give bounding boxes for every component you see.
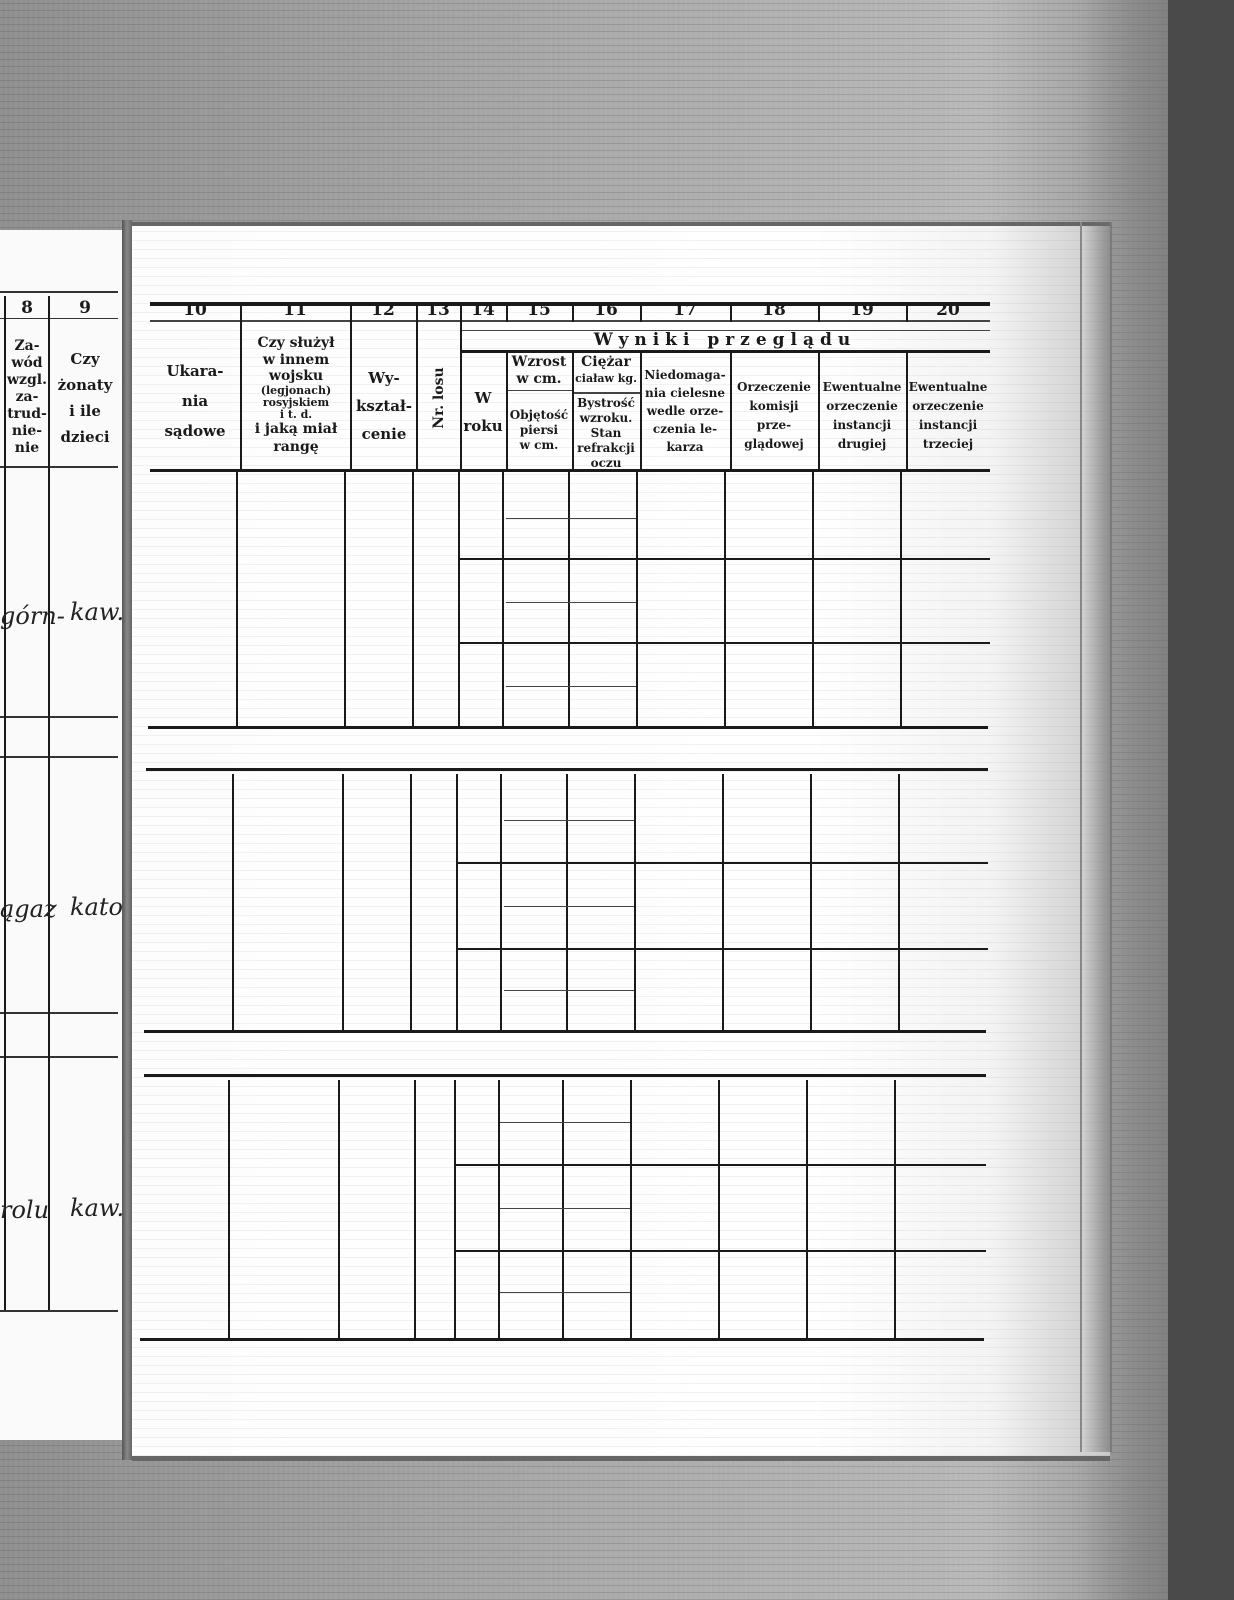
left-row3-top-rule — [0, 1056, 118, 1058]
row-col-divider — [458, 472, 460, 726]
left-row3-rule — [0, 1310, 118, 1312]
row-subdivider — [460, 642, 990, 644]
column-header-8: Za- wód wzgl. za- trud- nie- nie — [6, 338, 48, 457]
row-minor-line — [500, 1292, 630, 1293]
row-col-divider — [718, 1080, 720, 1338]
row-col-divider — [454, 1080, 456, 1338]
column-number-15: 15 — [506, 300, 572, 320]
row-col-divider — [228, 1080, 230, 1338]
column-header-10: Ukara- nia sądowe — [150, 356, 240, 446]
row-col-divider — [232, 774, 234, 1030]
row-bottom-rule — [148, 726, 988, 729]
row-col-divider — [412, 472, 414, 726]
number-divider — [818, 306, 820, 322]
row-minor-line — [506, 602, 636, 603]
row-col-divider — [410, 774, 412, 1030]
column-number-19: 19 — [818, 300, 906, 320]
row-col-divider — [562, 1080, 564, 1338]
row-subdivider — [456, 1164, 986, 1166]
column-header-11: Czy służył w innem wojsku (legjonach) ro… — [242, 334, 350, 455]
column-number-12: 12 — [350, 300, 416, 320]
handwritten-marital-3: kaw. — [70, 1194, 124, 1222]
row-subdivider — [456, 1250, 986, 1252]
column-number-13: 13 — [416, 300, 460, 320]
header-col-divider — [416, 304, 418, 470]
handwritten-occupation-2: ągaz — [0, 895, 57, 923]
handwritten-marital-2: kato — [70, 893, 123, 921]
left-row1-rule — [0, 716, 118, 718]
book-spine — [122, 220, 132, 1460]
row-col-divider — [812, 472, 814, 726]
number-divider — [730, 306, 732, 322]
row-bottom-rule — [140, 1338, 984, 1341]
row-col-divider — [414, 1080, 416, 1338]
row-minor-line — [506, 686, 636, 687]
row-col-divider — [636, 472, 638, 726]
row-col-divider — [502, 472, 504, 726]
row-col-divider — [724, 472, 726, 726]
column-number-8: 8 — [6, 298, 48, 318]
left-top-rule — [0, 291, 118, 293]
row-col-divider — [338, 1080, 340, 1338]
column-header-20: Ewentualne orzeczenie instancji trzeciej — [906, 378, 990, 454]
column-header-17: Niedomaga- nia cielesne wedle orze- czen… — [640, 366, 730, 456]
number-divider — [906, 306, 908, 322]
header-bottom-rule — [150, 469, 990, 472]
group-bottom-rule — [460, 350, 990, 353]
left-row2-top-rule — [0, 756, 118, 758]
row-subdivider — [460, 558, 990, 560]
header-split-15 — [508, 390, 572, 391]
column-header-15-top: Wzrost w cm. — [506, 354, 572, 388]
row-col-divider — [456, 774, 458, 1030]
number-divider — [572, 306, 574, 322]
row-col-divider — [898, 774, 900, 1030]
row-col-divider — [900, 472, 902, 726]
row-minor-line — [500, 1122, 630, 1123]
column-number-rule — [150, 320, 990, 322]
column-header-16-bottom: Bystrość wzroku. Stan refrakcji oczu — [572, 396, 640, 471]
column-header-18: Orzeczenie komisji prze- glądowej — [730, 378, 818, 454]
left-header-rule — [0, 466, 118, 468]
column-header-12: Wy- kształ- cenie — [352, 364, 416, 448]
row-minor-line — [504, 990, 634, 991]
number-divider — [640, 306, 642, 322]
row-top-rule — [144, 1074, 986, 1077]
column-header-9: Czy żonaty i ile dzieci — [50, 346, 120, 450]
column-header-13: Nr. losu — [431, 363, 447, 433]
row-minor-line — [504, 820, 634, 821]
column-header-14: W roku — [460, 384, 506, 440]
row-minor-line — [506, 518, 636, 519]
column-header-16-top: Ciężar ciaław kg. — [572, 354, 640, 386]
column-number-11: 11 — [240, 300, 350, 320]
column-number-20: 20 — [906, 300, 990, 320]
left-row2-rule — [0, 1012, 118, 1014]
column-header-19: Ewentualne orzeczenie instancji drugiej — [818, 378, 906, 454]
column-number-16: 16 — [572, 300, 640, 320]
handwritten-occupation-1: górn- — [0, 602, 65, 630]
column-number-18: 18 — [730, 300, 818, 320]
row-col-divider — [236, 472, 238, 726]
row-col-divider — [566, 774, 568, 1030]
row-col-divider — [630, 1080, 632, 1338]
row-top-rule — [146, 768, 988, 771]
row-col-divider — [810, 774, 812, 1030]
row-col-divider — [806, 1080, 808, 1338]
row-col-divider — [344, 472, 346, 726]
handwritten-occupation-3: rolu — [0, 1196, 49, 1224]
left-num-rule — [0, 318, 118, 319]
row-subdivider — [458, 948, 988, 950]
group-header-wyniki-przegladu: Wyniki przeglądu — [460, 330, 990, 350]
column-number-10: 10 — [150, 300, 240, 320]
row-minor-line — [500, 1208, 630, 1209]
row-col-divider — [342, 774, 344, 1030]
header-split-16 — [574, 392, 640, 394]
handwritten-marital-1: kaw. — [70, 598, 124, 626]
row-col-divider — [500, 774, 502, 1030]
column-number-9: 9 — [50, 298, 120, 318]
row-col-divider — [568, 472, 570, 726]
row-col-divider — [498, 1080, 500, 1338]
column-number-17: 17 — [640, 300, 730, 320]
row-subdivider — [458, 862, 988, 864]
row-col-divider — [722, 774, 724, 1030]
column-number-14: 14 — [460, 300, 506, 320]
scan-dark-edge — [1168, 0, 1234, 1600]
page-edge — [1080, 222, 1112, 1452]
column-header-15-bottom: Objętość piersi w cm. — [506, 408, 572, 453]
row-col-divider — [894, 1080, 896, 1338]
row-bottom-rule — [144, 1030, 986, 1033]
row-col-divider — [634, 774, 636, 1030]
number-divider — [506, 306, 508, 322]
row-minor-line — [504, 906, 634, 907]
